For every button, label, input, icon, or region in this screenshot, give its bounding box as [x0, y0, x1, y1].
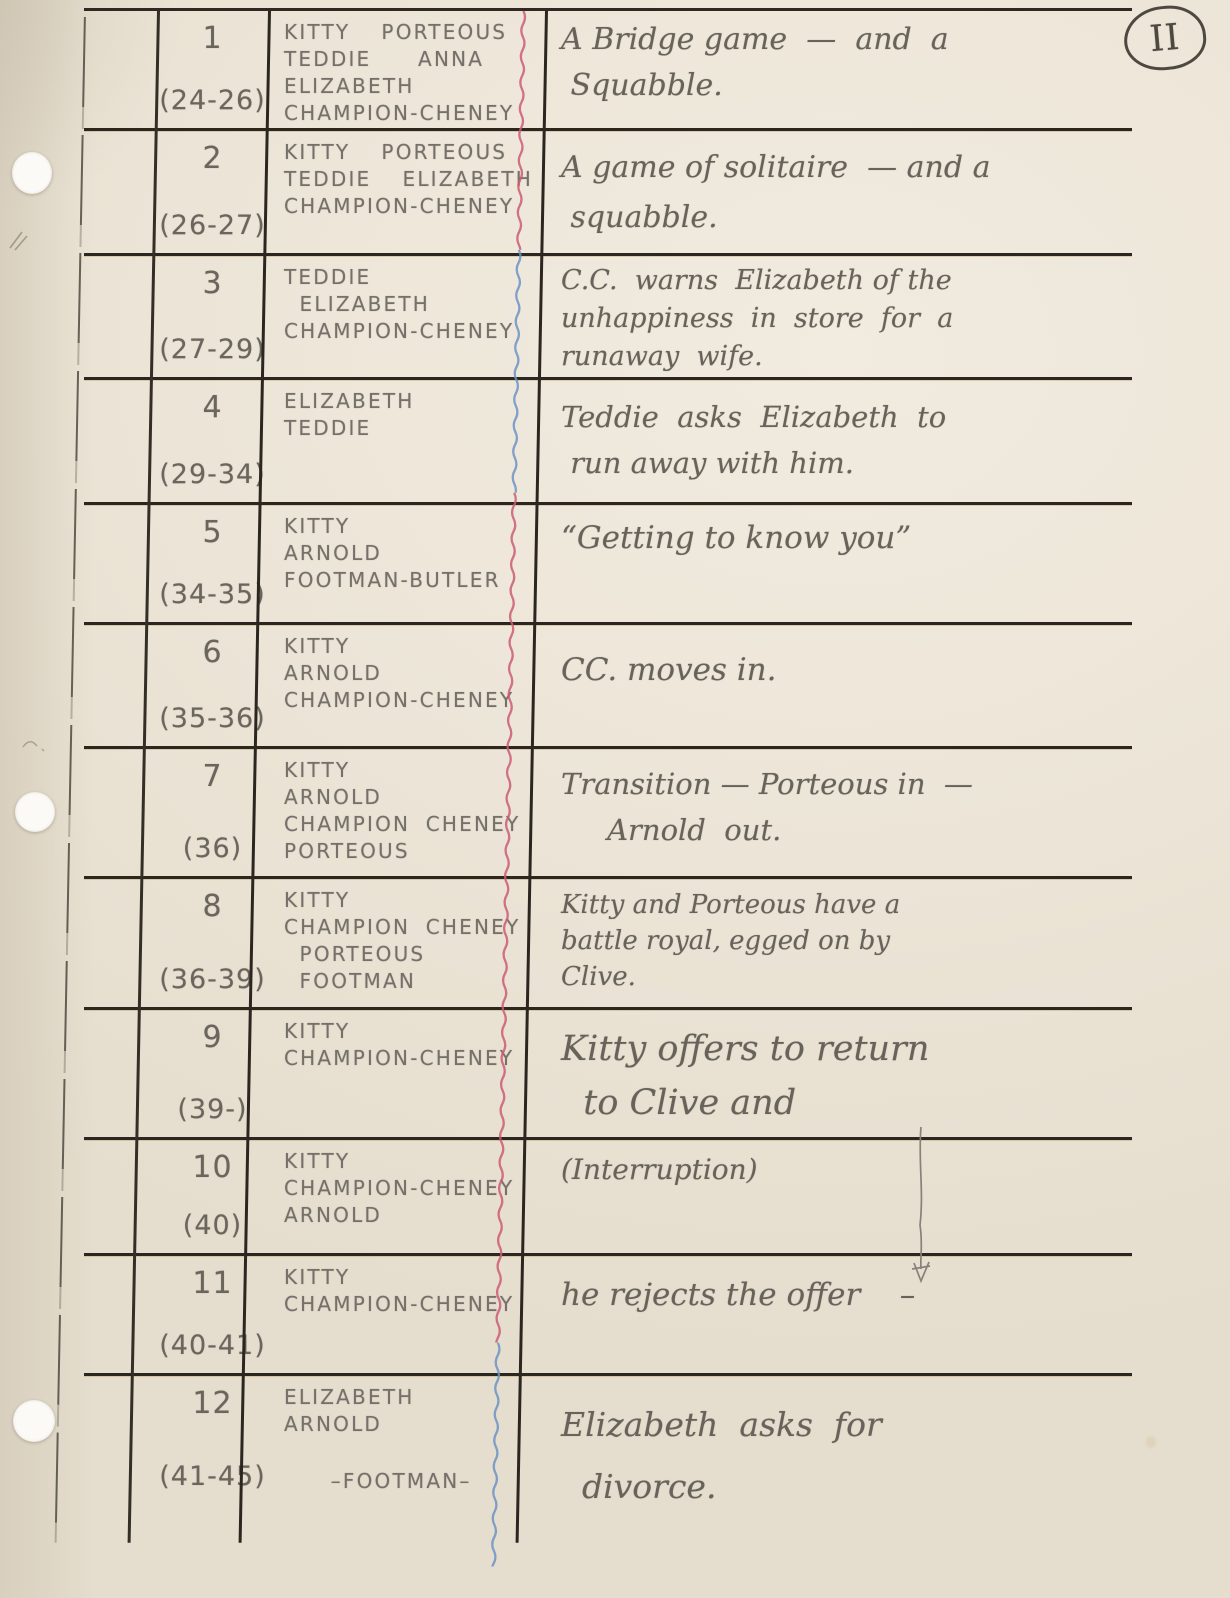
- character-name: ELIZABETH: [284, 388, 545, 415]
- scene-description-line: Arnold out.: [561, 807, 1132, 853]
- character-name: TEDDIE ANNA: [284, 46, 545, 73]
- table-row: 7 (36) KITTYARNOLDCHAMPION CHENEYPORTEOU…: [84, 749, 1132, 879]
- description-cell: C.C. warns Elizabeth of theunhappiness i…: [545, 256, 1132, 377]
- scene-description-line: squabble.: [561, 193, 1132, 243]
- page-range: (41-45): [159, 1461, 266, 1492]
- character-name: KITTY PORTEOUS: [284, 19, 545, 46]
- scene-number-cell: 2 (26-27): [157, 131, 268, 253]
- scene-number: 3: [202, 266, 222, 301]
- margin-cell: [84, 1010, 157, 1137]
- character-name: CHAMPION-CHENEY: [284, 318, 545, 345]
- scene-number-cell: 5 (34-35): [157, 505, 268, 622]
- description-cell: Kitty and Porteous have abattle royal, e…: [545, 879, 1132, 1007]
- punch-hole: [12, 152, 52, 194]
- scene-description-line: (Interruption): [561, 1150, 1132, 1190]
- margin-cell: [84, 1256, 157, 1373]
- character-name: CHAMPION-CHENEY: [284, 100, 545, 127]
- scene-number: 8: [202, 889, 222, 924]
- characters-cell: TEDDIE ELIZABETHCHAMPION-CHENEY: [268, 256, 545, 377]
- page-number-text: II: [1148, 16, 1182, 59]
- scene-description-line: divorce.: [561, 1456, 1132, 1518]
- description-cell: Teddie asks Elizabeth to run away with h…: [545, 380, 1132, 502]
- page-number-circled: II: [1121, 3, 1208, 74]
- scene-description-line: to Clive and: [561, 1076, 1132, 1130]
- pencil-mark: [6, 226, 40, 256]
- scene-description-line: CC. moves in.: [561, 647, 1132, 693]
- page-range: (29-34): [159, 459, 266, 490]
- pencil-mark: [20, 734, 50, 756]
- character-name: ELIZABETH: [284, 291, 545, 318]
- table-row: 10 (40) KITTYCHAMPION-CHENEYARNOLD (Inte…: [84, 1140, 1132, 1256]
- character-name: TEDDIE: [284, 415, 545, 442]
- scene-number-cell: 1 (24-26): [157, 11, 268, 128]
- character-name: FOOTMAN-BUTLER: [284, 567, 545, 594]
- page-range: (40): [183, 1210, 242, 1241]
- scene-number: 4: [202, 390, 222, 425]
- scene-number: 9: [202, 1020, 222, 1055]
- character-name: TEDDIE: [284, 264, 545, 291]
- description-cell: he rejects the offer –: [545, 1256, 1132, 1373]
- description-cell: “Getting to know you”: [545, 505, 1132, 622]
- page-range: (27-29): [159, 334, 266, 365]
- character-name: TEDDIE ELIZABETH: [284, 166, 545, 193]
- character-name: ARNOLD: [284, 660, 545, 687]
- scene-number: 7: [202, 759, 222, 794]
- scene-breakdown-table: 1 (24-26) KITTY PORTEOUSTEDDIE ANNAELIZA…: [84, 8, 1132, 1543]
- margin-cell: [84, 1376, 157, 1576]
- character-name: KITTY: [284, 633, 545, 660]
- scene-description-line: battle royal, egged on by: [561, 923, 1132, 959]
- page-range: (24-26): [159, 85, 266, 116]
- table-rows: 1 (24-26) KITTY PORTEOUSTEDDIE ANNAELIZA…: [84, 11, 1132, 1576]
- scene-number: 6: [202, 635, 222, 670]
- characters-cell: KITTY PORTEOUSTEDDIE ANNAELIZABETHCHAMPI…: [268, 11, 545, 128]
- scene-description-line: unhappiness in store for a: [561, 300, 1132, 338]
- scene-description-line: Kitty and Porteous have a: [561, 887, 1132, 923]
- scene-description-line: Kitty offers to return: [561, 1022, 1132, 1076]
- scene-number: 10: [192, 1150, 232, 1185]
- scene-number-cell: 6 (35-36): [157, 625, 268, 746]
- description-cell: A game of solitaire — and a squabble.: [545, 131, 1132, 253]
- page-range: (34-35): [159, 579, 266, 610]
- scene-description-line: A Bridge game — and a: [561, 17, 1132, 63]
- characters-cell: KITTYARNOLDFOOTMAN-BUTLER: [268, 505, 545, 622]
- description-cell: (Interruption): [545, 1140, 1132, 1253]
- scene-number-cell: 3 (27-29): [157, 256, 268, 377]
- scene-description-line: “Getting to know you”: [561, 515, 1132, 561]
- scene-description-line: A game of solitaire — and a: [561, 143, 1132, 193]
- scene-number-cell: 4 (29-34): [157, 380, 268, 502]
- margin-cell: [84, 256, 157, 377]
- stain-mark: [1146, 1436, 1156, 1448]
- margin-cell: [84, 749, 157, 876]
- characters-cell: KITTY PORTEOUSTEDDIE ELIZABETHCHAMPION-C…: [268, 131, 545, 253]
- punch-hole: [15, 792, 55, 832]
- scene-description-line: Elizabeth asks for: [561, 1394, 1132, 1456]
- character-name: KITTY PORTEOUS: [284, 139, 545, 166]
- scanned-page: II 1 (24-26) KITTY PORTEOUSTEDDIE ANNAEL…: [0, 0, 1230, 1598]
- margin-cell: [84, 879, 157, 1007]
- scene-number: 12: [192, 1386, 232, 1421]
- margin-cell: [84, 11, 157, 128]
- page-range: (26-27): [159, 210, 266, 241]
- page-range: (40-41): [159, 1330, 266, 1361]
- character-name: KITTY: [284, 513, 545, 540]
- description-cell: CC. moves in.: [545, 625, 1132, 746]
- scene-number-cell: 11 (40-41): [157, 1256, 268, 1373]
- table-row: 9 (39-) KITTYCHAMPION-CHENEY Kitty offer…: [84, 1010, 1132, 1140]
- interruption-arrow-mark: [910, 1125, 936, 1291]
- description-cell: Transition — Porteous in — Arnold out.: [545, 749, 1132, 876]
- punch-hole: [13, 1400, 55, 1442]
- scene-number: 5: [202, 515, 222, 550]
- margin-cell: [84, 380, 157, 502]
- scene-number-cell: 10 (40): [157, 1140, 268, 1253]
- scene-description-line: Clive.: [561, 959, 1132, 995]
- table-row: 6 (35-36) KITTYARNOLDCHAMPION-CHENEY CC.…: [84, 625, 1132, 749]
- table-row: 4 (29-34) ELIZABETHTEDDIE Teddie asks El…: [84, 380, 1132, 505]
- characters-cell: KITTYARNOLDCHAMPION-CHENEY: [268, 625, 545, 746]
- table-row: 5 (34-35) KITTYARNOLDFOOTMAN-BUTLER “Get…: [84, 505, 1132, 625]
- character-name: CHAMPION-CHENEY: [284, 193, 545, 220]
- scene-description-line: Squabble.: [561, 63, 1132, 109]
- description-cell: Elizabeth asks for divorce.: [545, 1376, 1132, 1576]
- description-cell: Kitty offers to return to Clive and: [545, 1010, 1132, 1137]
- table-row: 1 (24-26) KITTY PORTEOUSTEDDIE ANNAELIZA…: [84, 11, 1132, 131]
- scene-description-line: Transition — Porteous in —: [561, 761, 1132, 807]
- scene-number-cell: 12 (41-45): [157, 1376, 268, 1576]
- table-row: 3 (27-29) TEDDIE ELIZABETHCHAMPION-CHENE…: [84, 256, 1132, 380]
- scene-description-line: runaway wife.: [561, 338, 1132, 376]
- scene-number: 11: [192, 1266, 232, 1301]
- scene-description-line: run away with him.: [561, 440, 1132, 486]
- table-row: 8 (36-39) KITTYCHAMPION CHENEY PORTEOUS …: [84, 879, 1132, 1010]
- page-range: (36): [183, 833, 242, 864]
- character-name: ELIZABETH: [284, 73, 545, 100]
- margin-cell: [84, 1140, 157, 1253]
- scene-description-line: he rejects the offer –: [561, 1272, 1132, 1318]
- margin-cell: [84, 131, 157, 253]
- page-range: (39-): [177, 1094, 247, 1125]
- table-row: 2 (26-27) KITTY PORTEOUSTEDDIE ELIZABETH…: [84, 131, 1132, 256]
- page-range: (35-36): [159, 703, 266, 734]
- scene-description-line: Teddie asks Elizabeth to: [561, 394, 1132, 440]
- scene-description-line: C.C. warns Elizabeth of the: [561, 262, 1132, 300]
- scene-number: 2: [202, 141, 222, 176]
- description-cell: A Bridge game — and a Squabble.: [545, 11, 1132, 128]
- scene-number: 1: [202, 21, 222, 56]
- character-name: ARNOLD: [284, 540, 545, 567]
- characters-cell: ELIZABETHTEDDIE: [268, 380, 545, 502]
